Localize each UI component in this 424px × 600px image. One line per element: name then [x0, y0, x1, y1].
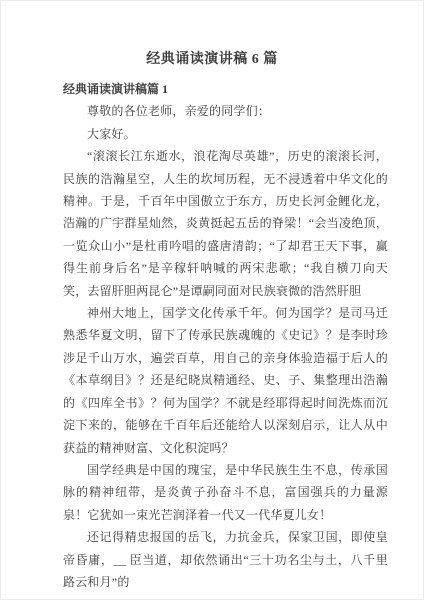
- paragraph-body-4: 还记得精忠报国的岳飞，力抗金兵，保家卫国，即使皇帝昏庸，__ 臣当道，却依然诵出…: [63, 526, 388, 593]
- document-title: 经典诵读演讲稿 6 篇: [0, 0, 424, 70]
- paragraph-greeting: 大家好。: [63, 123, 388, 145]
- paragraph-body-1: “滚滚长江东逝水，浪花淘尽英雄”，历史的滚滚长河，民族的浩瀚星空，人生的坎坷历程…: [63, 145, 388, 302]
- paragraph-body-2: 神州大地上，国学文化传承千年。何为国学？是司马迁熟悉华夏文明，留下了传承民族魂魄…: [63, 302, 388, 459]
- section-heading: 经典诵读演讲稿篇 1: [63, 78, 388, 100]
- document-page: 经典诵读演讲稿 6 篇 经典诵读演讲稿篇 1 尊敬的各位老师，亲爱的同学们： 大…: [0, 0, 424, 600]
- paragraph-body-3: 国学经典是中国的瑰宝，是中华民族生生不息，传承国脉的精神纽带，是炎黄子孙奋斗不息…: [63, 459, 388, 526]
- paragraph-salutation: 尊敬的各位老师，亲爱的同学们：: [63, 100, 388, 122]
- document-body: 经典诵读演讲稿篇 1 尊敬的各位老师，亲爱的同学们： 大家好。 “滚滚长江东逝水…: [0, 70, 424, 593]
